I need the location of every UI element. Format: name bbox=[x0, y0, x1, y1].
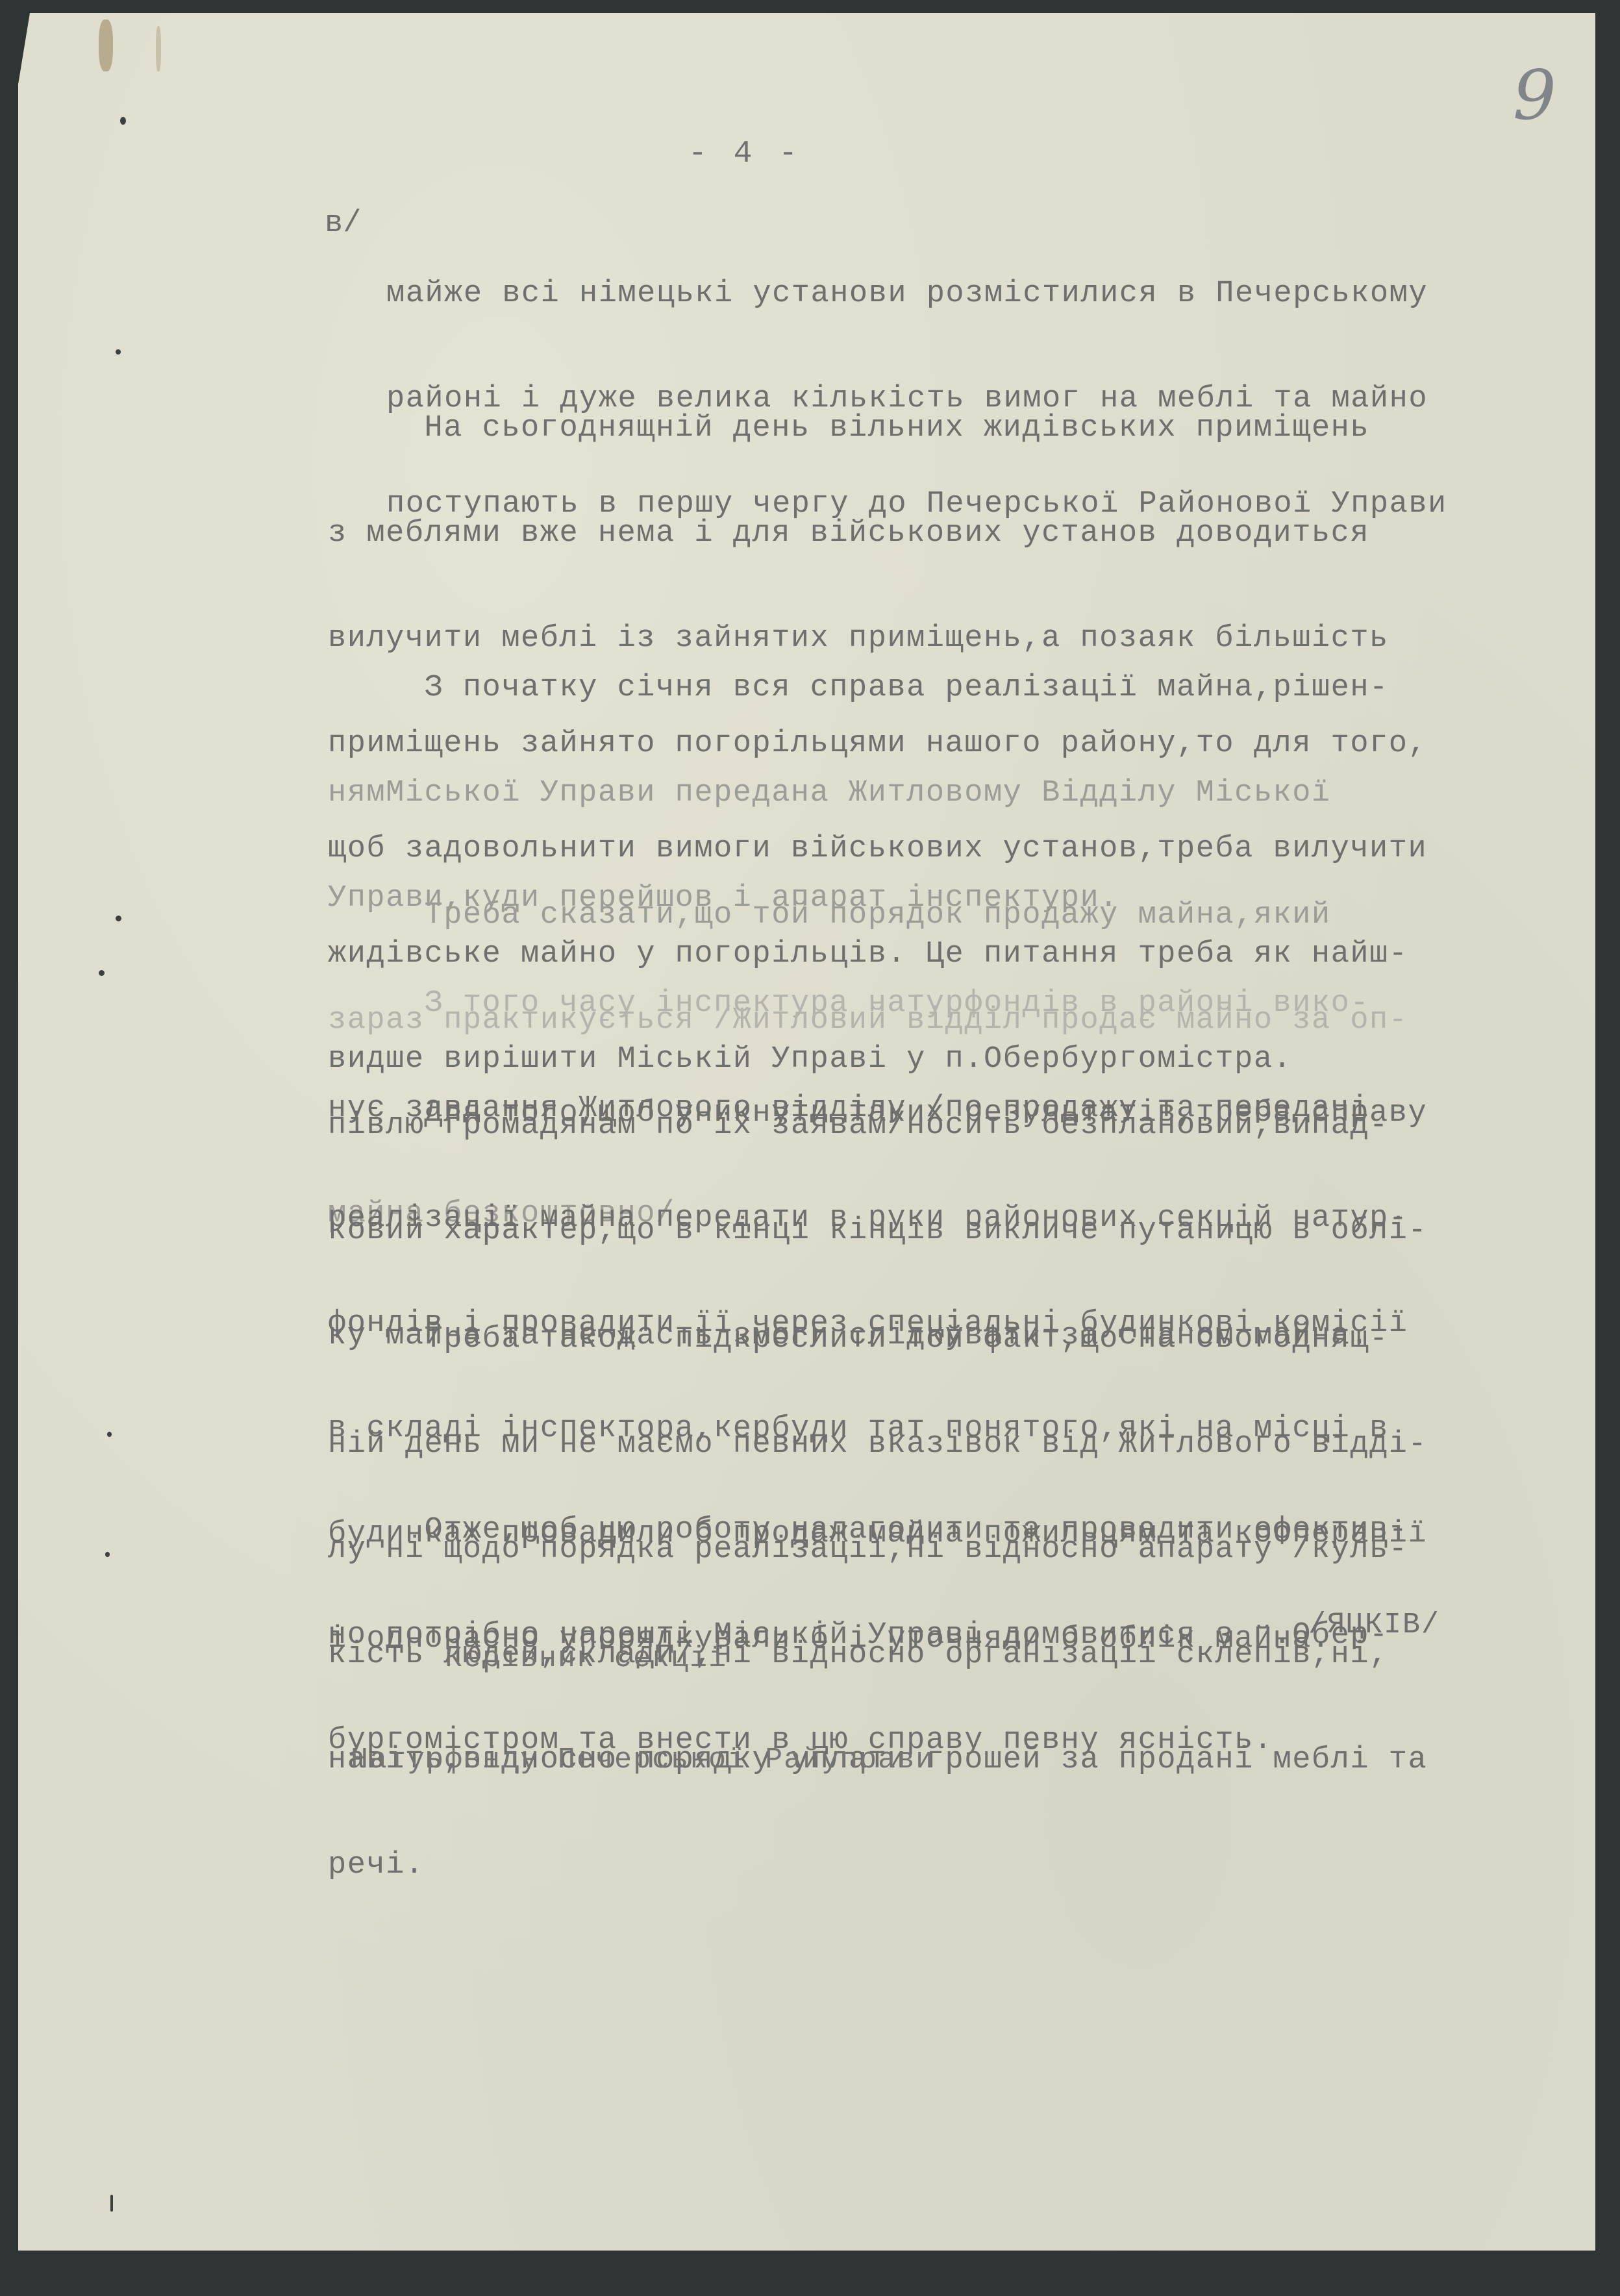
text-line: Треба також підкреслити той факт,що на с… bbox=[328, 1322, 1601, 1357]
page-number: - 4 - bbox=[688, 136, 801, 171]
text-line: нямМіської Управи передана Житловому Від… bbox=[328, 776, 1601, 811]
stain-mark bbox=[156, 26, 161, 71]
punch-mark bbox=[116, 916, 121, 921]
signature-title-line-1: Керівник секції bbox=[351, 1642, 934, 1676]
text-line: На сьогоднящній день вільних жидівських … bbox=[328, 411, 1601, 446]
punch-mark bbox=[105, 1552, 110, 1557]
text-line: речі. bbox=[328, 1848, 1601, 1883]
text-line: майже всі німецькі установи розмістилися… bbox=[386, 277, 1620, 312]
handwritten-folio-number: 9 bbox=[1513, 62, 1556, 130]
signature-title: Керівник секції Натурфонду Печерської Ра… bbox=[351, 1575, 934, 1811]
scan-border-bottom bbox=[0, 2251, 1620, 2296]
punch-mark bbox=[120, 117, 126, 125]
text-line: реалізації майна передати в руки районов… bbox=[328, 1201, 1601, 1236]
item-label: в/ bbox=[325, 206, 361, 241]
punch-mark bbox=[107, 1432, 112, 1437]
punch-mark bbox=[110, 2195, 113, 2212]
text-line: З початку січня вся справа реалізації ма… bbox=[328, 671, 1601, 706]
punch-mark bbox=[99, 970, 105, 976]
text-line: Для того,щоб уникнути таких результатів,… bbox=[328, 1096, 1601, 1131]
text-line: Отже,щоб цю роботу налагодити та провади… bbox=[328, 1513, 1601, 1548]
signature-name: /ЯЦКІВ/ bbox=[1308, 1608, 1440, 1641]
text-line: Треба сказати,що той порядок продажу май… bbox=[328, 898, 1601, 933]
stain-mark bbox=[99, 19, 113, 71]
signature-title-line-2: Натурфонду Печерської Райуправи bbox=[351, 1743, 934, 1777]
text-line: з меблями вже нема і для військових уста… bbox=[328, 516, 1601, 551]
punch-mark bbox=[116, 349, 121, 355]
